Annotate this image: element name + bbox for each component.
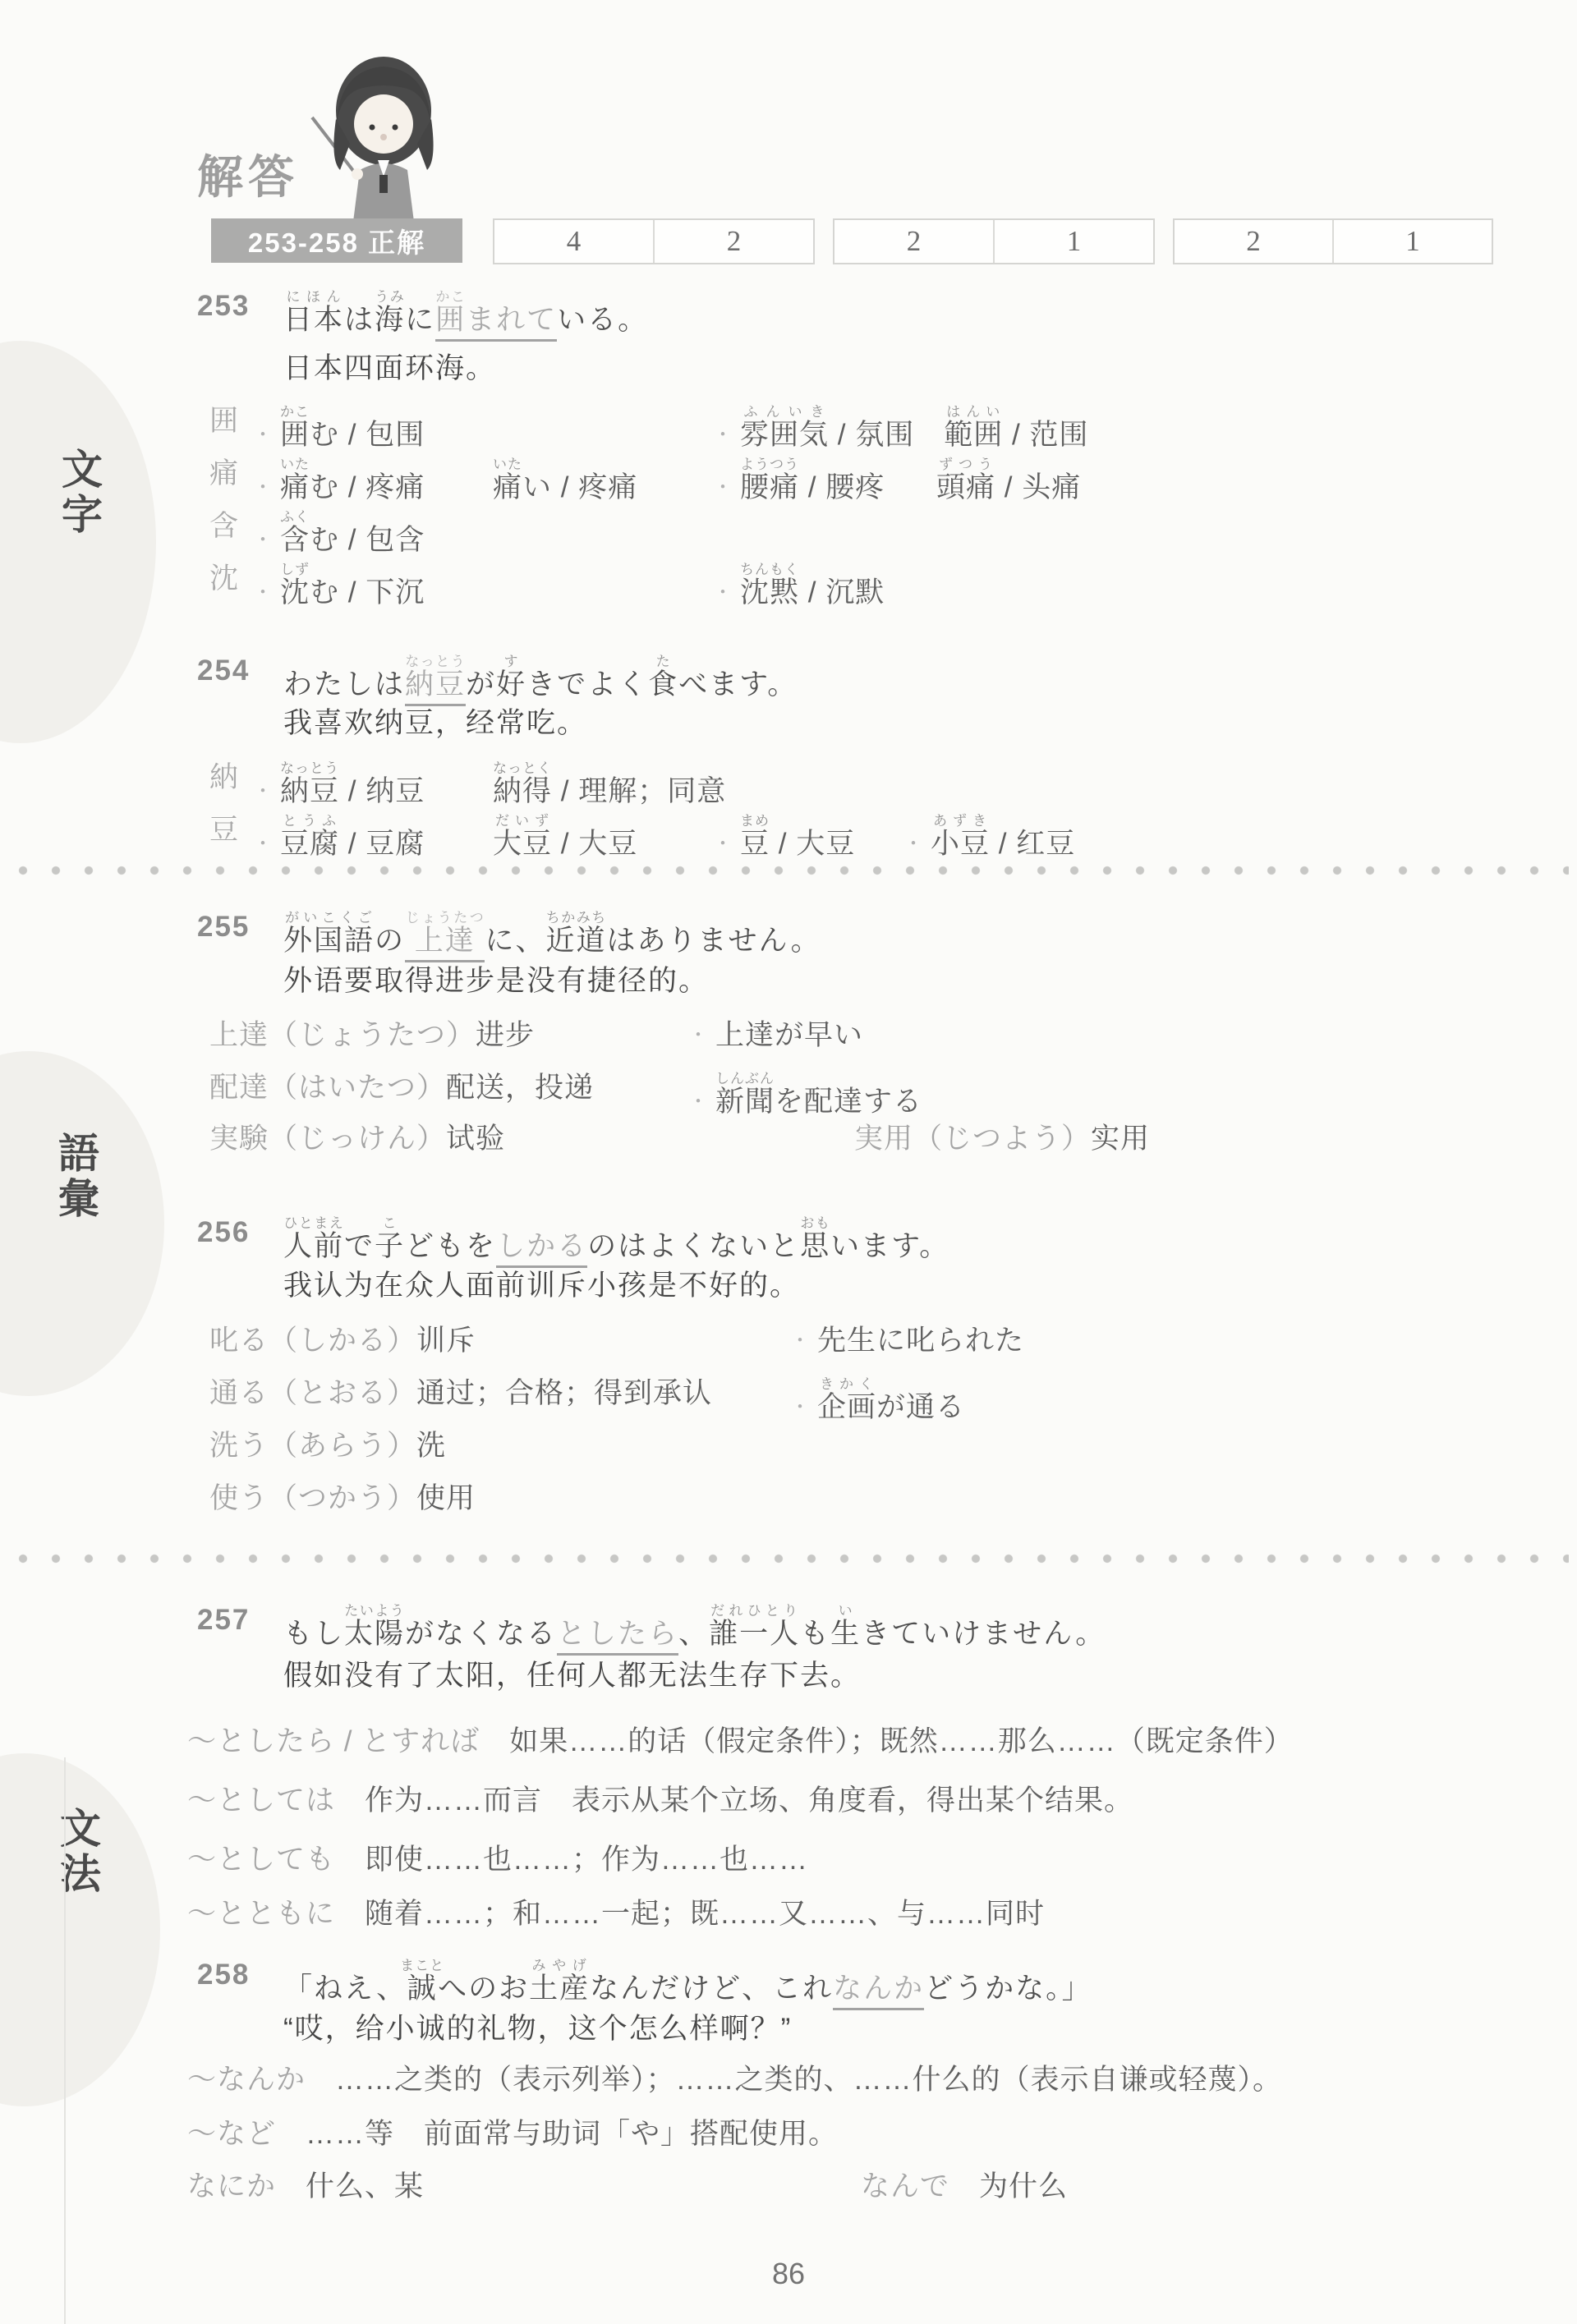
text-segment: の — [375, 925, 405, 957]
bullet-icon: ・ — [713, 424, 733, 446]
answer-word: 囲かこ — [435, 304, 466, 342]
text-segment: を配達する — [775, 1086, 922, 1118]
text-segment: 训斥 — [416, 1325, 476, 1357]
answer-group-1: 4 2 — [493, 218, 815, 264]
entry-cell: 〜なんか ……之类的（表示列举）；……之类的、……什么的（表示自谦或轻蔑）。 — [187, 2063, 1282, 2097]
text-segment: 〜なんか — [187, 2064, 306, 2096]
text-segment: 配送，投递 — [446, 1072, 594, 1104]
text-segment: / 理解；同意 — [552, 775, 726, 807]
text-segment: なんで — [861, 2170, 949, 2202]
entry-cell: 配達（はいたつ）配送，投递 — [209, 1071, 594, 1105]
text-segment: に、 — [485, 925, 545, 957]
text-segment: 什么、某 — [276, 2170, 424, 2202]
answer-cell: 4 — [494, 220, 653, 263]
bullet-icon: ・ — [253, 780, 274, 802]
text-segment: 洗う（あらう） — [209, 1430, 416, 1462]
kanji-key: 沈 — [209, 562, 238, 596]
answer-cell: 1 — [993, 220, 1153, 263]
text-segment: 配達（はいたつ） — [209, 1072, 446, 1104]
bullet-icon: ・ — [713, 833, 733, 855]
text-segment: 洗 — [416, 1430, 446, 1462]
text-segment: ……等 前面常与助词「や」搭配使用。 — [276, 2118, 838, 2150]
text-segment: / 腰疼 — [799, 471, 885, 503]
text-segment: 豆まめ — [740, 828, 770, 860]
textbook-page: 文 字 語 彙 文 法 解答 253-258 正解 4 2 2 1 2 1 — [0, 0, 1577, 2324]
text-segment: べます。 — [678, 668, 798, 700]
text-segment: 新聞しんぶん — [715, 1086, 775, 1118]
entry-cell: なんで 为什么 — [861, 2170, 1068, 2204]
text-segment: 大豆だいず — [493, 828, 552, 860]
text-segment: む / 包围 — [310, 419, 425, 451]
teacher-girl-illustration — [297, 45, 466, 222]
answer-cell: 2 — [1175, 220, 1332, 263]
sidebar-tab-goi: 語 彙 — [54, 1132, 103, 1222]
text-segment: が通る — [876, 1391, 965, 1423]
bullet-icon: ・ — [790, 1396, 811, 1418]
text-segment: がなくなる — [405, 1618, 557, 1650]
text-segment: 実験（じっけん） — [209, 1123, 446, 1155]
entry-cell: 〜としては 作为……而言 表示从某个立场、角度看，得出某个结果。 — [187, 1784, 1133, 1818]
text-segment: 含ふく — [280, 524, 310, 556]
text-segment: 好す — [496, 668, 526, 700]
text-segment: / 大豆 — [552, 828, 637, 860]
text-segment: 〜など — [187, 2118, 276, 2150]
text-segment: いる。 — [557, 304, 648, 336]
bullet-icon: ・ — [253, 529, 274, 551]
text-segment: 进步 — [476, 1019, 535, 1051]
page-number: 86 — [0, 2257, 1577, 2291]
text-segment: 沈しず — [280, 576, 310, 609]
question-sentence: わたしは納豆なっとうが好すきでよく食たべます。 — [283, 654, 798, 702]
text-segment: 生い — [830, 1618, 861, 1650]
text-segment: 试验 — [446, 1123, 505, 1155]
entry-cell: 使う（つかう）使用 — [209, 1481, 476, 1516]
text-segment: 使う（つかう） — [209, 1482, 416, 1514]
sidebar-blob-goi — [0, 1051, 164, 1396]
text-segment: / 豆腐 — [339, 828, 425, 860]
answer-word: 納豆なっとう — [405, 668, 466, 706]
text-segment: / 氛围 — [829, 419, 944, 451]
bullet-icon: ・ — [253, 476, 274, 498]
entry-cell: 上達（じょうたつ）进步 — [209, 1018, 535, 1053]
bullet-icon: ・ — [253, 581, 274, 604]
text-segment: 痛いた — [280, 471, 310, 503]
text-segment: 思おも — [800, 1230, 830, 1262]
question-number: 255 — [197, 910, 250, 944]
kanji-key: 豆 — [209, 813, 238, 847]
entry-cell: ・囲かこむ / 包围 — [253, 404, 425, 452]
text-segment: 沈黙ちんもく — [740, 576, 799, 609]
kanji-key: 納 — [209, 760, 238, 795]
bullet-icon: ・ — [253, 424, 274, 446]
text-segment: 誠まこと — [407, 1973, 438, 2005]
answer-group-3: 2 1 — [1173, 218, 1493, 264]
text-segment: 、 — [678, 1618, 709, 1650]
text-segment: 外国語がいこくご — [283, 925, 375, 957]
answer-range-label: 253-258 正解 — [211, 218, 462, 263]
chinese-translation: 假如没有了太阳，任何人都无法生存下去。 — [283, 1659, 861, 1693]
text-segment: 海うみ — [375, 304, 405, 336]
text-segment: / 沉默 — [799, 576, 885, 609]
answer-word: しかる — [496, 1230, 587, 1268]
text-segment: む / 下沉 — [310, 576, 425, 609]
entry-cell: 叱る（しかる）训斥 — [209, 1324, 476, 1358]
entry-cell: ・腰痛ようつう / 腰疼 — [713, 457, 885, 505]
kanji-key: 囲 — [209, 404, 238, 439]
text-segment: 誰一人だれひとり — [709, 1618, 800, 1650]
text-segment: 叱る（しかる） — [209, 1325, 416, 1357]
entry-cell: 洗う（あらう）洗 — [209, 1429, 446, 1463]
text-segment: 通过；合格；得到承认 — [416, 1377, 712, 1409]
entry-cell: ・上達が早い — [688, 1018, 863, 1053]
text-segment: 近道ちかみち — [546, 925, 607, 957]
entry-cell: ・豆まめ / 大豆 — [713, 813, 855, 861]
sidebar-blob-moji — [0, 341, 156, 743]
text-segment: どうかな。」 — [924, 1973, 1092, 2005]
bullet-icon: ・ — [688, 1091, 709, 1113]
bullet-icon: ・ — [713, 476, 733, 498]
entry-cell: ・雰囲気ふんいき / 氛围 範囲はんい / 范围 — [713, 404, 1088, 452]
bullet-icon: ・ — [713, 581, 733, 604]
bullet-icon: ・ — [903, 833, 924, 855]
text-segment: に — [405, 304, 435, 336]
text-segment: 如果……的话（假定条件）；既然……那么……（既定条件） — [480, 1725, 1294, 1757]
entry-cell: 大豆だいず / 大豆 — [493, 813, 637, 861]
entry-cell: ・沈しずむ / 下沉 — [253, 562, 425, 610]
answer-word: としたら — [557, 1618, 678, 1656]
question-sentence: 人前ひとまえで子こどもをしかるのはよくないと思おもいます。 — [283, 1215, 949, 1264]
text-segment: 実用（じつよう） — [854, 1123, 1091, 1155]
text-segment: 通る（とおる） — [209, 1377, 416, 1409]
bullet-icon: ・ — [790, 1330, 811, 1352]
chinese-translation: 外语要取得进步是没有捷径的。 — [283, 964, 709, 999]
entry-cell: ・痛いたむ / 疼痛 — [253, 457, 425, 505]
text-segment: い / 疼痛 — [522, 471, 637, 503]
text-segment: / 红豆 — [990, 828, 1075, 860]
text-segment: 日本にほん — [283, 304, 344, 336]
text-segment: 小豆あずき — [931, 828, 990, 860]
text-segment: 〜としたら / とすれば — [187, 1725, 480, 1757]
text-segment: 囲かこ — [280, 419, 310, 451]
text-segment: きでよく — [526, 668, 648, 700]
sidebar-tab-moji: 文 字 — [57, 448, 107, 538]
entry-cell: 〜とともに 随着……；和……一起；既……又……、与……同时 — [187, 1897, 1045, 1931]
chinese-translation: 我认为在众人面前训斥小孩是不好的。 — [283, 1269, 800, 1303]
question-number: 257 — [197, 1603, 250, 1637]
text-segment: 太陽たいよう — [344, 1618, 405, 1650]
question-sentence: もし太陽たいようがなくなるとしたら、誰一人だれひとりも生いきていけません。 — [283, 1603, 1106, 1651]
text-segment: ……之类的（表示列举）；……之类的、……什么的（表示自谦或轻蔑）。 — [306, 2064, 1282, 2096]
bullet-icon: ・ — [253, 833, 274, 855]
text-segment: 上達（じょうたつ） — [209, 1019, 476, 1051]
text-segment: / 头痛 — [995, 471, 1081, 503]
entry-cell: ・沈黙ちんもく / 沉默 — [713, 562, 885, 610]
text-segment: / 范围 — [1003, 419, 1088, 451]
text-segment: 範囲はんい — [944, 419, 1003, 451]
answer-word: なんか — [833, 1973, 924, 2010]
entry-cell: 〜など ……等 前面常与助词「や」搭配使用。 — [187, 2117, 838, 2152]
sidebar-tab-moji-char1: 文 — [57, 448, 107, 493]
kanji-key: 痛 — [209, 457, 238, 491]
chinese-translation: 日本四面环海。 — [283, 351, 496, 386]
text-segment: む / 疼痛 — [310, 471, 425, 503]
question-number: 254 — [197, 654, 250, 688]
answer-cell: 2 — [653, 220, 813, 263]
text-segment: 豆腐とうふ — [280, 828, 339, 860]
chinese-translation: 我喜欢纳豆，经常吃。 — [283, 706, 587, 741]
text-segment: 頭痛ずつう — [936, 471, 995, 503]
entry-cell: 通る（とおる）通过；合格；得到承认 — [209, 1376, 712, 1411]
text-segment: なにか — [187, 2170, 276, 2202]
text-segment: わたしは — [283, 668, 405, 700]
text-segment: どもを — [405, 1230, 496, 1262]
text-segment: 食た — [648, 668, 678, 700]
entry-cell: ・豆腐とうふ / 豆腐 — [253, 813, 425, 861]
sidebar-tab-bunpo-char1: 文 — [56, 1807, 105, 1852]
text-segment: 先生に叱られた — [817, 1325, 1024, 1357]
text-segment: います。 — [830, 1230, 949, 1262]
entry-cell: 頭痛ずつう / 头痛 — [936, 457, 1081, 505]
text-segment: 納豆なっとう — [280, 775, 339, 807]
text-segment: なんだけど、これ — [590, 1973, 833, 2005]
text-segment: はありません。 — [607, 925, 821, 957]
text-segment: 为什么 — [949, 2170, 1068, 2202]
chinese-translation: “哎，给小诚的礼物，这个怎么样啊？” — [283, 2012, 792, 2046]
text-segment: 作为……而言 表示从某个立场、角度看，得出某个结果。 — [335, 1784, 1133, 1816]
text-segment: 人前ひとまえ — [283, 1230, 344, 1262]
dotted-separator — [16, 864, 1569, 877]
entry-cell: ・小豆あずき / 红豆 — [903, 813, 1075, 861]
text-segment: む / 包含 — [310, 524, 425, 556]
answer-cell: 2 — [834, 220, 993, 263]
text-segment: 腰痛ようつう — [740, 471, 799, 503]
entry-cell: 痛いたい / 疼痛 — [493, 457, 637, 505]
entry-cell: 〜としても 即使……也……；作为……也…… — [187, 1843, 808, 1877]
text-segment: 随着……；和……一起；既……又……、与……同时 — [335, 1898, 1045, 1930]
answer-word: 上達 じょうたつ — [405, 925, 485, 962]
text-segment: 上達が早い — [715, 1019, 863, 1051]
entry-cell: なにか 什么、某 — [187, 2170, 424, 2204]
text-segment: 〜としても — [187, 1844, 335, 1876]
text-segment: / 大豆 — [770, 828, 855, 860]
entry-cell: 納得なっとく / 理解；同意 — [493, 760, 726, 809]
text-segment: きていけません。 — [861, 1618, 1106, 1650]
text-segment: 納得なっとく — [493, 775, 552, 807]
text-segment: が — [466, 668, 496, 700]
text-segment: のはよくないと — [587, 1230, 800, 1262]
entry-cell: 〜としたら / とすれば 如果……的话（假定条件）；既然……那么……（既定条件） — [187, 1725, 1294, 1759]
text-segment: 土産みやげ — [529, 1973, 590, 2005]
text-segment: / 纳豆 — [339, 775, 425, 807]
sidebar-tab-goi-char1: 語 — [54, 1132, 103, 1177]
question-sentence: 外国語がいこくごの 上達 じょうたつに、近道ちかみちはありません。 — [283, 910, 821, 958]
text-segment: 雰囲気ふんいき — [740, 419, 829, 451]
dotted-separator — [16, 1552, 1569, 1565]
text-segment: もし — [283, 1618, 344, 1650]
sidebar-tab-bunpo: 文 法 — [56, 1807, 105, 1897]
text-segment: 痛いた — [493, 471, 522, 503]
entry-cell: ・含ふくむ / 包含 — [253, 509, 425, 558]
answer-cell: 1 — [1332, 220, 1492, 263]
kanji-key: 含 — [209, 509, 238, 544]
sidebar-tab-bunpo-char2: 法 — [56, 1852, 105, 1897]
text-segment: 实用 — [1091, 1123, 1150, 1155]
question-sentence: 日本にほんは海うみに囲かこまれている。 — [283, 289, 648, 338]
sidebar-tab-goi-char2: 彙 — [54, 1177, 103, 1222]
text-segment: 「ねえ、 — [283, 1973, 407, 2005]
question-number: 256 — [197, 1215, 250, 1250]
entry-cell: 実用（じつよう）实用 — [854, 1122, 1150, 1156]
entry-cell: ・納豆なっとう / 纳豆 — [253, 760, 425, 809]
answer-word: まれて — [466, 304, 557, 342]
bullet-icon: ・ — [688, 1024, 709, 1046]
answer-group-2: 2 1 — [833, 218, 1155, 264]
text-segment: は — [344, 304, 375, 336]
text-segment: も — [800, 1618, 830, 1650]
entry-cell: ・先生に叱られた — [790, 1324, 1024, 1358]
text-segment: 〜としては — [187, 1784, 335, 1816]
text-segment: 企画きかく — [817, 1391, 876, 1423]
text-segment: で — [344, 1230, 375, 1262]
entry-cell: 実験（じっけん）试验 — [209, 1122, 505, 1156]
section-title: 解答 — [197, 141, 299, 207]
text-segment: 〜とともに — [187, 1898, 335, 1930]
text-segment: 子こ — [375, 1230, 405, 1262]
question-sentence: 「ねえ、誠まことへのお土産みやげなんだけど、これなんかどうかな。」 — [283, 1958, 1092, 2006]
sidebar-tab-moji-char2: 字 — [57, 493, 107, 538]
entry-cell: ・企画きかくが通る — [790, 1376, 965, 1425]
question-number: 253 — [197, 289, 250, 324]
question-number: 258 — [197, 1958, 250, 1992]
page-crease-line — [64, 1757, 66, 2324]
text-segment: へのお — [438, 1973, 529, 2005]
text-segment: 使用 — [416, 1482, 476, 1514]
entry-cell: ・新聞しんぶんを配達する — [688, 1071, 922, 1119]
text-segment: 即使……也……；作为……也…… — [335, 1844, 808, 1876]
